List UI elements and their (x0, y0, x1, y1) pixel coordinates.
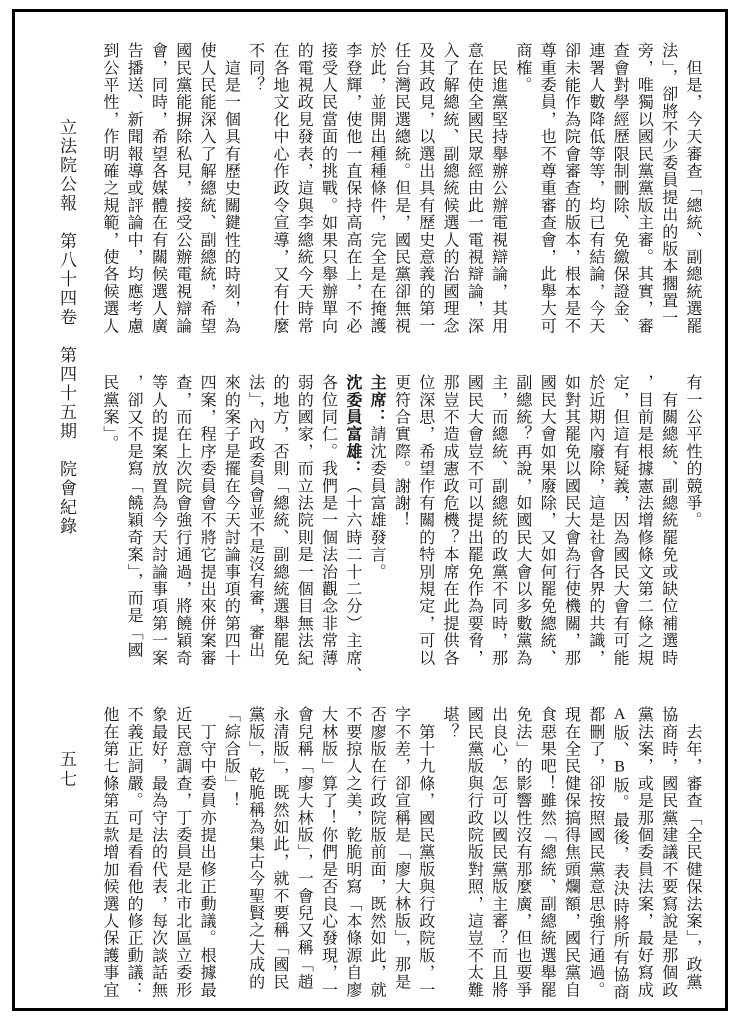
text-column: 否廖版在行政院版前面，既然如此，就 (364, 706, 388, 1018)
text-column: 任台灣民選總統。但是，國民黨卻無視 (388, 42, 412, 342)
text-column: 不要掠人之美，乾脆明寫「本條源自廖 (340, 706, 364, 1018)
text-column: 會兒稱「廖大林版」，一會兒又稱「趙 (291, 706, 315, 1018)
text-column: 李登輝，使他一直保持高高在上，不必 (340, 42, 364, 342)
text-column: 黨版」，乾脆稱為集古今聖賢之大成的 (242, 706, 266, 1018)
text-column: 現在全民健保搞得焦頭爛額，國民黨自 (558, 706, 582, 1018)
text-band-top: 但是，今天審查「總統、副總統選罷法」，卻將不少委員提出的版本擱置一旁，唯獨以國民… (96, 42, 704, 342)
publication-running-title: 立法院公報 第八十四卷 第四十五期 院會紀錄 (54, 118, 79, 536)
text-column: 法」，內政委員會並不是沒有審，審出 (242, 374, 266, 670)
text-column: 國民黨版與行政院版對照，這豈不太難 (461, 706, 485, 1018)
text-column: 永清版」，既然如此，就不要稱「國民 (267, 706, 291, 1018)
text-column: 都刪了，卻按照國民黨意思強行通過。 (583, 706, 607, 1018)
text-column: 連署人數降低等等，均已有結論，今天 (583, 42, 607, 342)
text-column: 堪？ (437, 706, 461, 1018)
text-column: 定，但這有疑義，因為國民大會有可能 (607, 374, 631, 670)
text-column: 但是，今天審查「總統、副總統選罷 (680, 42, 704, 342)
text-column: 有關總統、副總統罷免或缺位補選時 (655, 374, 679, 670)
text-column: 查，而在上次院會強行通過，將饒穎奇 (169, 374, 193, 670)
text-column: 接受人民當面的挑戰。如果只舉辦單向 (315, 42, 339, 342)
text-column: 如對其罷免以國民大會為行使機關，那 (558, 374, 582, 670)
text-column: 的地方，否則「總統、副總統選舉罷免 (267, 374, 291, 670)
text-column: 查會對學經歷限制刪除、免繳保證金、 (607, 42, 631, 342)
text-column: 沈委員富雄：（十六時二十二分）主席、 (340, 374, 364, 670)
text-column: 食惡果吧！雖然「總統、副總統選舉罷 (534, 706, 558, 1018)
text-column: 使人民能深入了解總統、副總統，希望 (194, 42, 218, 342)
text-column: 法」，卻將不少委員提出的版本擱置一 (655, 42, 679, 342)
text-column: 商榷。 (510, 42, 534, 342)
text-column: 那豈不造成憲政危機？本席在此提供各 (437, 374, 461, 670)
text-column: 他在第七條第五款增加候選人保護事宜 (97, 706, 121, 1018)
text-column: 等人的提案放置為今天討論事項第一案 (145, 374, 169, 670)
text-column: 協商時，國民黨建議不要寫說是那個政 (655, 706, 679, 1018)
text-column: 去年，審查「全民健保法案」，政黨 (680, 706, 704, 1018)
text-column: 象最好，最為守法的代表，每次談話無 (145, 706, 169, 1018)
text-column: 四案，程序委員會不將它提出來併案審 (194, 374, 218, 670)
text-column: 卻未能作為院會審查的版本，根本是不 (558, 42, 582, 342)
text-column: 意在使全國民眾經由此一電視辯論，深 (461, 42, 485, 342)
text-column: 的電視政見發表，這與李總統今天時常 (291, 42, 315, 342)
text-column: 有一公平性的競爭。 (680, 374, 704, 670)
text-column: 位深思，希望作有關的特別規定，可以 (412, 374, 436, 670)
text-column: 這是一個具有歷史關鍵性的時刻，為 (218, 42, 242, 342)
text-column: 尊重委員，也不尊重審查會，此舉大可 (534, 42, 558, 342)
text-column: 旁，唯獨以國民黨黨版主審。其實，審 (631, 42, 655, 342)
text-column: 入了解總統、副總統候選人的治國理念 (437, 42, 461, 342)
text-column: 近民意調查，丁委員是北市北區立委形 (169, 706, 193, 1018)
text-column: 免法」的影響性沒有那麼廣，但也要爭 (510, 706, 534, 1018)
text-column: 在各地文化中心作政令宣導，又有什麼 (267, 42, 291, 342)
text-column: 到公平性，作明確之規範，使各候選人 (97, 42, 121, 342)
text-column: 出良心，怎可以國民黨版主審？而且將 (485, 706, 509, 1018)
text-column: 告播送、新聞報導或評論中，均應考慮 (121, 42, 145, 342)
text-column: 主席：請沈委員富雄發言。 (364, 374, 388, 670)
text-column: 黨法案，或是那個委員法案，最好寫成 (631, 706, 655, 1018)
text-column: 及其政見，以選出具有歷史意義的第一 (412, 42, 436, 342)
text-column: 民進黨堅持舉辦公辦電視辯論，其用 (485, 42, 509, 342)
text-column: 不義正詞嚴。可是看看他的修正動議： (121, 706, 145, 1018)
text-column: 來的案子是擺在今天討論事項的第四十 (218, 374, 242, 670)
page-number: 五七 (54, 750, 79, 790)
text-column: 會，同時，希望各媒體在有關候選人廣 (145, 42, 169, 342)
text-column: 更符合實際。謝謝！ (388, 374, 412, 670)
text-column: 副總統？再說，如國民大會以多數黨為 (510, 374, 534, 670)
text-band-bottom: 去年，審查「全民健保法案」，政黨協商時，國民黨建議不要寫說是那個政黨法案，或是那… (96, 706, 704, 1018)
text-column: 國民大會豈不可以提出罷免作為要脅， (461, 374, 485, 670)
text-column: 民黨案」。 (97, 374, 121, 670)
text-column: 於此，並開出種種條件，完全是在掩護 (364, 42, 388, 342)
text-column: ，卻又不是寫「饒穎奇案」，而是「國 (121, 374, 145, 670)
text-column: ，目前是根據憲法增修條文第二條之規 (631, 374, 655, 670)
text-column: 主，而總統、副總統的政黨不同時，那 (485, 374, 509, 670)
text-column: 「綜合版」！ (218, 706, 242, 1018)
text-column: 國民大會如果廢除，又如何罷免總統、 (534, 374, 558, 670)
gazette-page: 立法院公報 第八十四卷 第四十五期 院會紀錄 五七 但是，今天審查「總統、副總統… (0, 0, 743, 1024)
text-column: 第十九條，國民黨版與行政院版，一 (412, 706, 436, 1018)
text-column: 各位同仁。我們是一個法治觀念非常薄 (315, 374, 339, 670)
text-column: A版、B版。最後，表決時將所有協商 (607, 706, 631, 1018)
text-column: 於近期內廢除，這是社會各界的共識， (583, 374, 607, 670)
text-column: 大林版」算了！你們是否良心發現，一 (315, 706, 339, 1018)
text-column: 國民黨能摒除私見，接受公辦電視辯論 (169, 42, 193, 342)
text-column: 弱的國家，而立法院則是一個目無法紀 (291, 374, 315, 670)
text-band-middle: 有一公平性的競爭。 有關總統、副總統罷免或缺位補選時，目前是根據憲法增修條文第二… (96, 374, 704, 670)
text-column: 丁守中委員亦提出修正動議。根據最 (194, 706, 218, 1018)
text-column: 不同？ (242, 42, 266, 342)
text-column: 字不差，卻宣稱是「廖大林版」，那是 (388, 706, 412, 1018)
